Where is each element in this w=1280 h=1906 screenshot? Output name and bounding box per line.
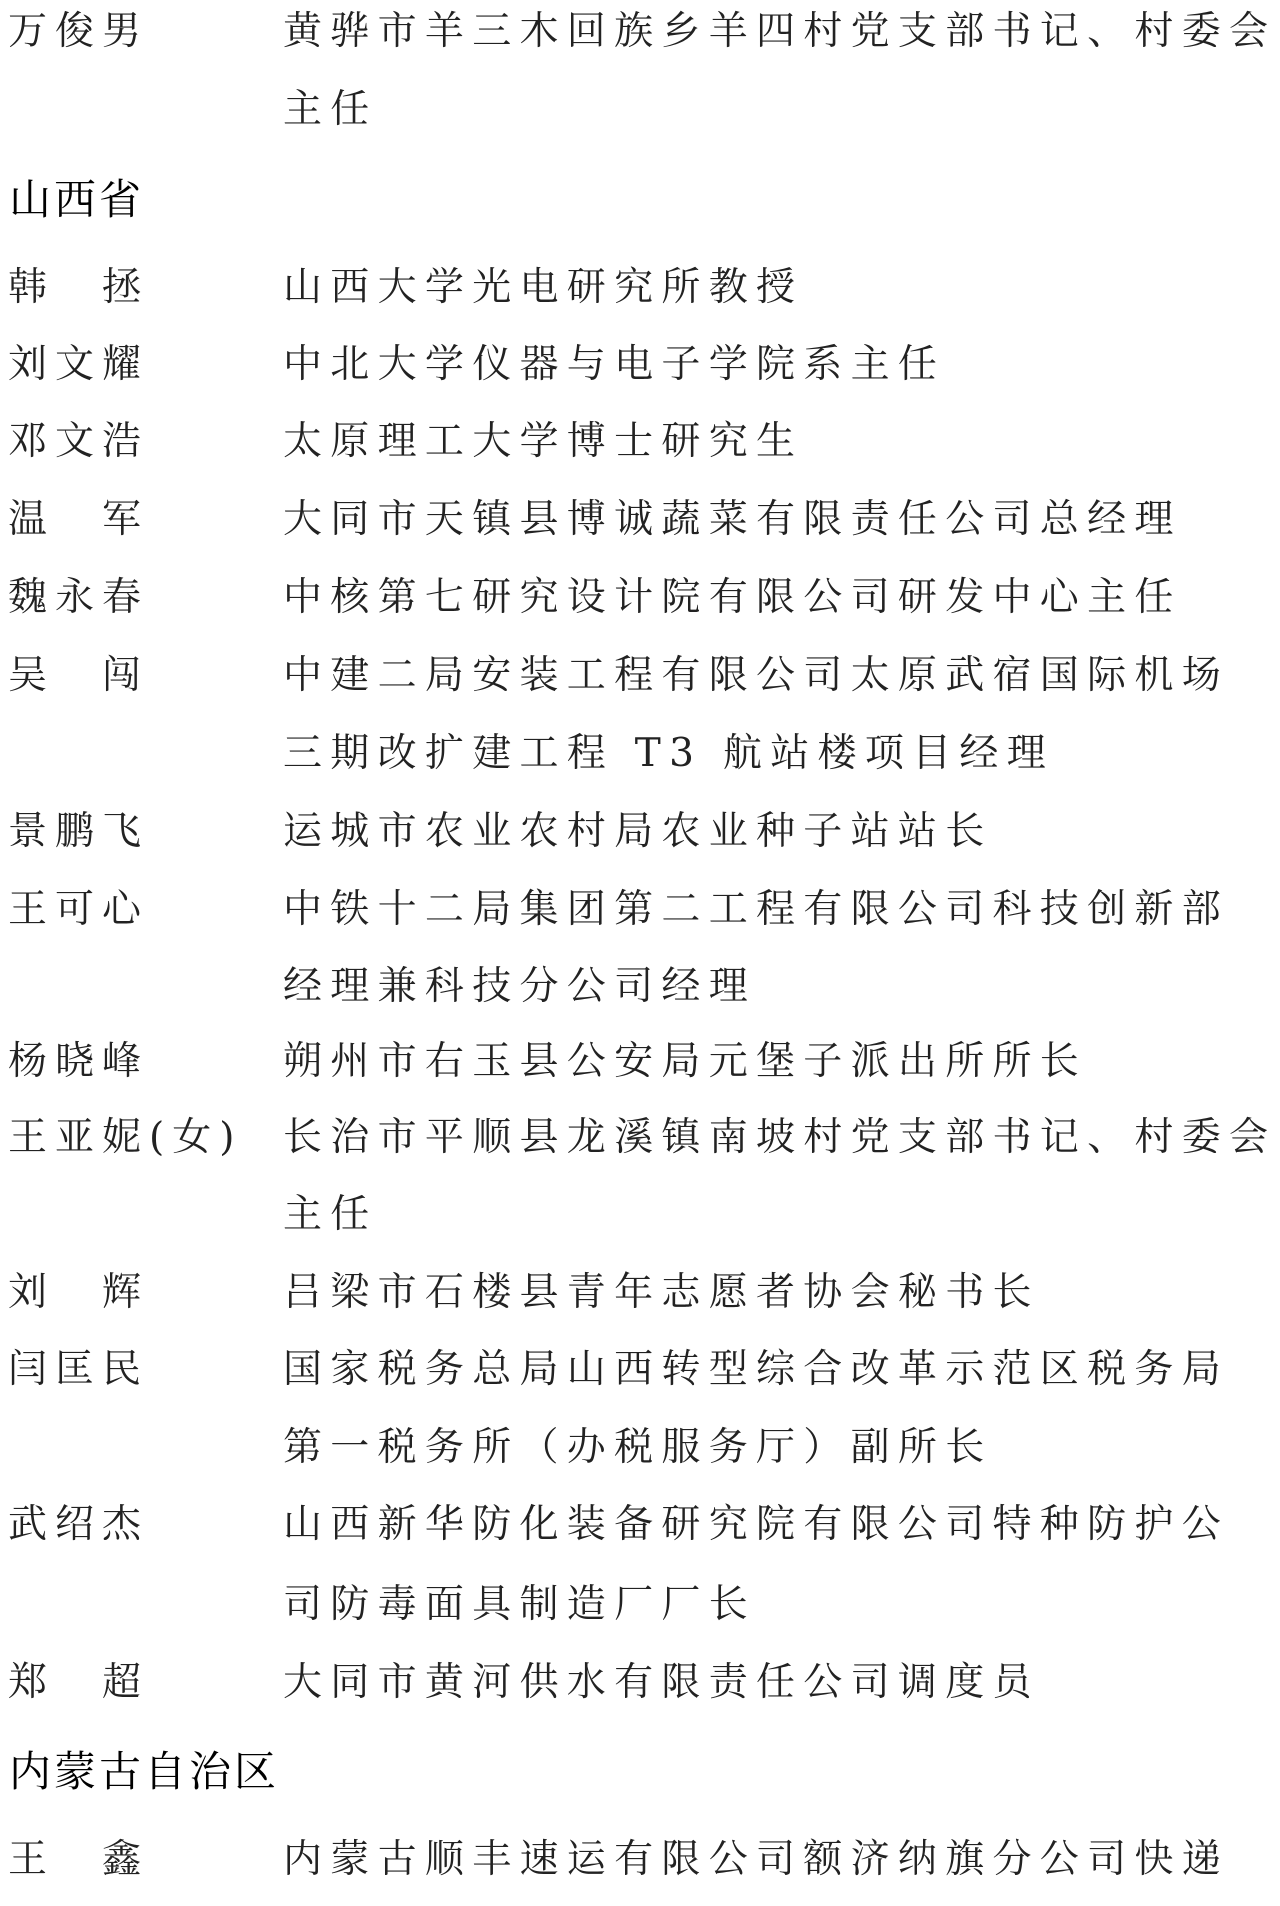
entry-title: 朔州市右玉县公安局元堡子派出所所长: [283, 1023, 1278, 1101]
entry-title: 大同市黄河供水有限责任公司调度员: [283, 1644, 1278, 1722]
entry-title: 中核第七研究设计院有限公司研发中心主任: [283, 559, 1278, 637]
entry-name: 王亚妮(女): [8, 1099, 278, 1177]
entry-title: 长治市平顺县龙溪镇南坡村党支部书记、村委会: [283, 1099, 1278, 1177]
entry-title-cont: 三期改扩建工程 T3 航站楼项目经理: [283, 715, 1278, 793]
entry-name: 王可心: [8, 871, 278, 949]
entry-title-cont: 司防毒面具制造厂厂长: [283, 1566, 1278, 1644]
entry-name: 邓文浩: [8, 403, 278, 481]
entry-name: 郑 超: [8, 1644, 278, 1722]
entry-title: 中北大学仪器与电子学院系主任: [283, 326, 1278, 404]
entry-title-cont: 主任: [283, 1176, 1278, 1254]
entry-name: 杨晓峰: [8, 1023, 278, 1101]
entry-name: 武绍杰: [8, 1486, 278, 1564]
entry-title: 国家税务总局山西转型综合改革示范区税务局: [283, 1331, 1278, 1409]
entry-title: 中建二局安装工程有限公司太原武宿国际机场: [283, 637, 1278, 715]
entry-title: 运城市农业农村局农业种子站站长: [283, 793, 1278, 871]
section-heading: 内蒙古自治区: [9, 1733, 279, 1811]
entry-name: 景鹏飞: [8, 793, 278, 871]
entry-title: 山西大学光电研究所教授: [283, 249, 1278, 327]
entry-title-cont: 主任: [283, 71, 1278, 149]
entry-name: 万俊男: [8, 0, 278, 71]
entry-name: 刘文耀: [8, 326, 278, 404]
entry-name: 韩 拯: [8, 249, 278, 327]
entry-title: 中铁十二局集团第二工程有限公司科技创新部: [283, 871, 1278, 949]
entry-name: 王 鑫: [8, 1821, 278, 1899]
entry-name: 吴 闯: [8, 637, 278, 715]
entry-title: 内蒙古顺丰速运有限公司额济纳旗分公司快递: [283, 1821, 1278, 1899]
entry-title: 吕梁市石楼县青年志愿者协会秘书长: [283, 1254, 1278, 1332]
entry-title: 大同市天镇县博诚蔬菜有限责任公司总经理: [283, 481, 1278, 559]
entry-name: 魏永春: [8, 559, 278, 637]
document-page: 万俊男 黄骅市羊三木回族乡羊四村党支部书记、村委会 主任 山西省 韩 拯 山西大…: [0, 0, 1280, 1906]
entry-title: 太原理工大学博士研究生: [283, 403, 1278, 481]
entry-name: 闫匡民: [8, 1331, 278, 1409]
entry-title-cont: 第一税务所（办税服务厅）副所长: [283, 1409, 1278, 1487]
entry-title: 黄骅市羊三木回族乡羊四村党支部书记、村委会: [283, 0, 1278, 71]
entry-name: 温 军: [8, 481, 278, 559]
entry-title-cont: 经理兼科技分公司经理: [283, 948, 1278, 1026]
entry-name: 刘 辉: [8, 1254, 278, 1332]
entry-title: 山西新华防化装备研究院有限公司特种防护公: [283, 1486, 1278, 1564]
section-heading: 山西省: [9, 161, 144, 239]
